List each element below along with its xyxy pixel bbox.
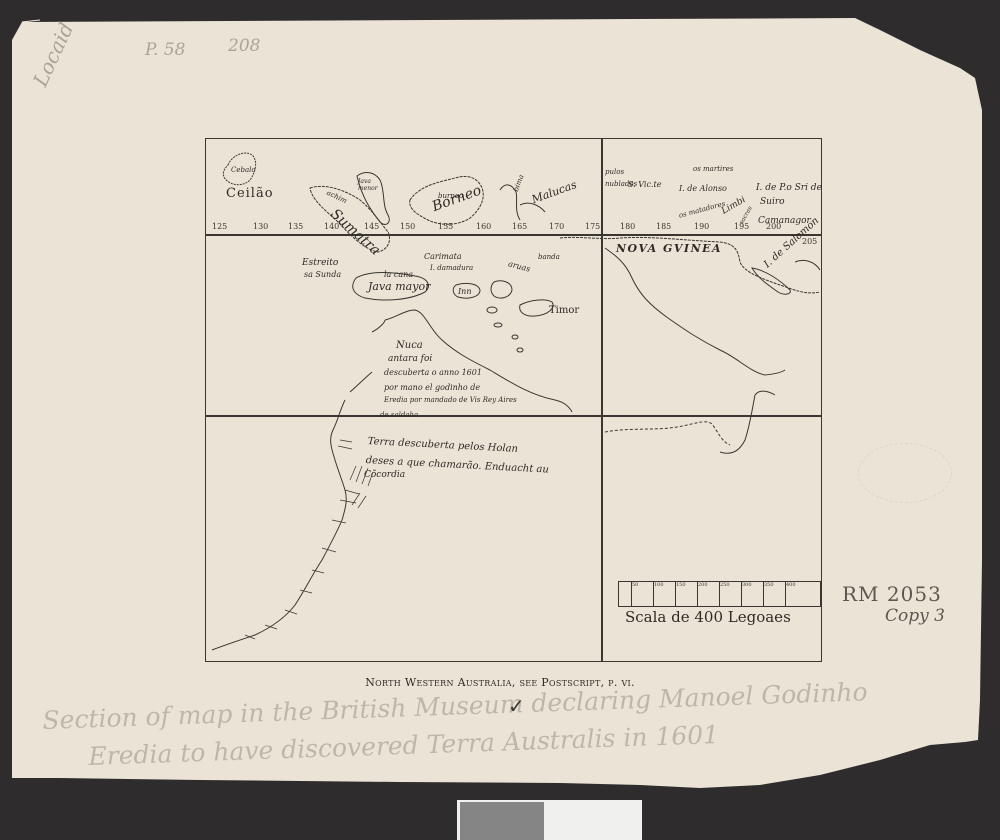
label-java-mayor: Java mayor: [368, 280, 430, 293]
label-madura: I. damadura: [430, 264, 473, 272]
scale-mark: 200: [697, 582, 719, 606]
scale-mark: 250: [719, 582, 741, 606]
map-caption: North Western Australia, see Postscript,…: [0, 676, 1000, 689]
label-suiro: Suiro: [760, 197, 785, 207]
scale-mark: 300: [741, 582, 763, 606]
label-la-cana: la cana: [384, 270, 413, 279]
scale-title: Scala de 400 Legoaes: [625, 608, 791, 626]
scale-mark: 400: [785, 582, 807, 606]
scale-mark: 100: [653, 582, 675, 606]
scale-mark: 150: [675, 582, 697, 606]
inscription-terra-3: Cõcordia: [364, 470, 405, 480]
inscription-nuca-antara-6: de saldaha: [380, 411, 418, 419]
label-s-vicente: S. Vic.te: [628, 180, 661, 189]
inscription-nuca-antara-1: Nuca: [396, 340, 423, 351]
label-inn: Inn: [458, 287, 471, 296]
label-carimata: Carimata: [424, 252, 462, 261]
label-ceilao: Ceilão: [226, 186, 274, 201]
label-estreito: Estreito: [302, 258, 338, 268]
label-os-martires: os martires: [693, 165, 733, 173]
inscription-nuca-antara-2: antara foi: [388, 354, 432, 364]
label-i-pedro: I. de P.o Sri de: [756, 183, 822, 193]
coastlines: [0, 0, 1000, 840]
scale-mark: 350: [763, 582, 785, 606]
label-java-menor: Java menor: [358, 178, 378, 192]
colour-calibration-bar: [457, 800, 642, 840]
label-ceilao-island: Cebalo: [231, 166, 256, 174]
label-nova-guinea: NOVA GVINEA: [616, 242, 722, 255]
label-timor: Timor: [549, 305, 579, 316]
scale-mark: 50: [631, 582, 653, 606]
scale-bar: 50 100 150 200 250 300 350 400: [618, 581, 821, 607]
checkmark-icon: ✓: [508, 694, 525, 718]
grey-swatch: [460, 802, 544, 840]
label-i-alonso: I. de Alonso: [679, 184, 727, 193]
inscription-nuca-antara-3: descuberta o anno 1601: [384, 368, 482, 377]
inscription-nuca-antara-5: Eredia por mandado de Vis Rey Aires: [384, 396, 517, 404]
label-sunda: sa Sunda: [304, 270, 341, 279]
label-banda: banda: [538, 253, 560, 261]
inscription-nuca-antara-4: por mano el godinho de: [384, 383, 480, 392]
